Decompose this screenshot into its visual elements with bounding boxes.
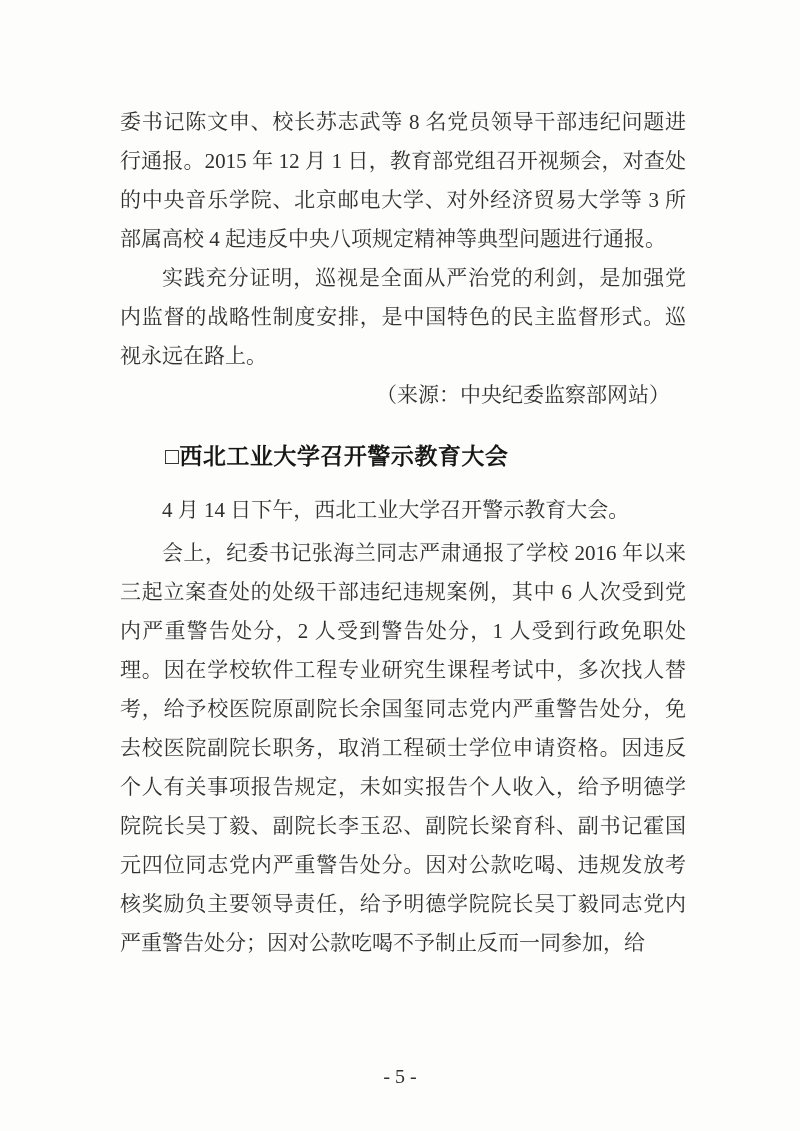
section-heading: □西北工业大学召开警示教育大会 xyxy=(120,440,686,472)
paragraph-meeting-date: 4 月 14 日下午，西北工业大学召开警示教育大会。 xyxy=(120,491,686,530)
page-content: 委书记陈文申、校长苏志武等 8 名党员领导干部违纪问题进行通报。2015 年 1… xyxy=(120,0,686,963)
page-number: - 5 - xyxy=(0,1064,800,1090)
source-attribution: （来源：中央纪委监察部网站） xyxy=(120,376,686,415)
paragraph-continued-from-previous-page: 委书记陈文申、校长苏志武等 8 名党员领导干部违纪问题进行通报。2015 年 1… xyxy=(120,103,686,259)
paragraph-summary: 实践充分证明，巡视是全面从严治党的利剑，是加强党内监督的战略性制度安排，是中国特… xyxy=(120,259,686,376)
document-page: 委书记陈文申、校长苏志武等 8 名党员领导干部违纪问题进行通报。2015 年 1… xyxy=(0,0,800,1131)
paragraph-meeting-details: 会上，纪委书记张海兰同志严肃通报了学校 2016 年以来三起立案查处的处级干部违… xyxy=(120,534,686,963)
